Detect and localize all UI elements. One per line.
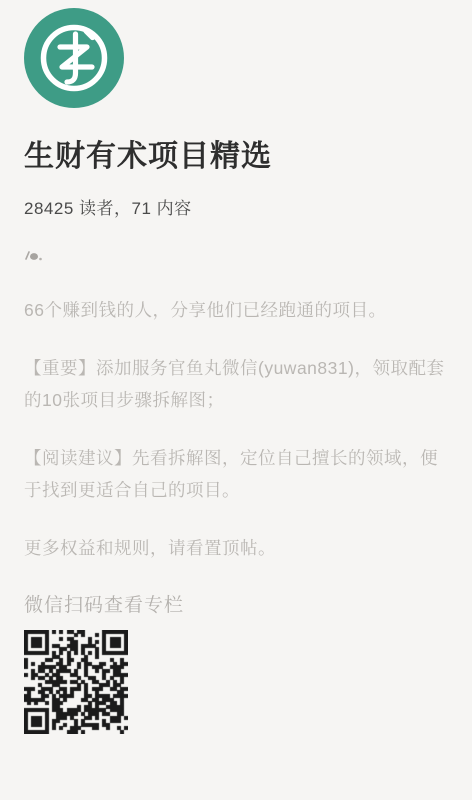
description-paragraph: 更多权益和规则，请看置顶帖。 <box>24 532 448 564</box>
shengcai-logo-icon <box>24 8 124 108</box>
tiny-decoration-icon <box>24 249 44 262</box>
stats-line: 28425 读者，71 内容 <box>24 194 448 219</box>
column-description: 66个赚到钱的人，分享他们已经跑通的项目。 【重要】添加服务官鱼丸微信(yuwa… <box>24 294 448 564</box>
page-title: 生财有术项目精选 <box>24 140 448 173</box>
wechat-qr-code <box>24 630 128 734</box>
wechat-scan-hint: 微信扫码查看专栏 <box>24 590 448 617</box>
column-landing-page: 生财有术项目精选 28425 读者，71 内容 66个赚到钱的人，分享他们已经跑… <box>0 0 472 800</box>
description-paragraph: 【重要】添加服务官鱼丸微信(yuwan831)，领取配套的10张项目步骤拆解图； <box>24 352 448 416</box>
description-paragraph: 【阅读建议】先看拆解图，定位自己擅长的领域，便于找到更适合自己的项目。 <box>24 442 448 506</box>
description-paragraph: 66个赚到钱的人，分享他们已经跑通的项目。 <box>24 294 448 326</box>
